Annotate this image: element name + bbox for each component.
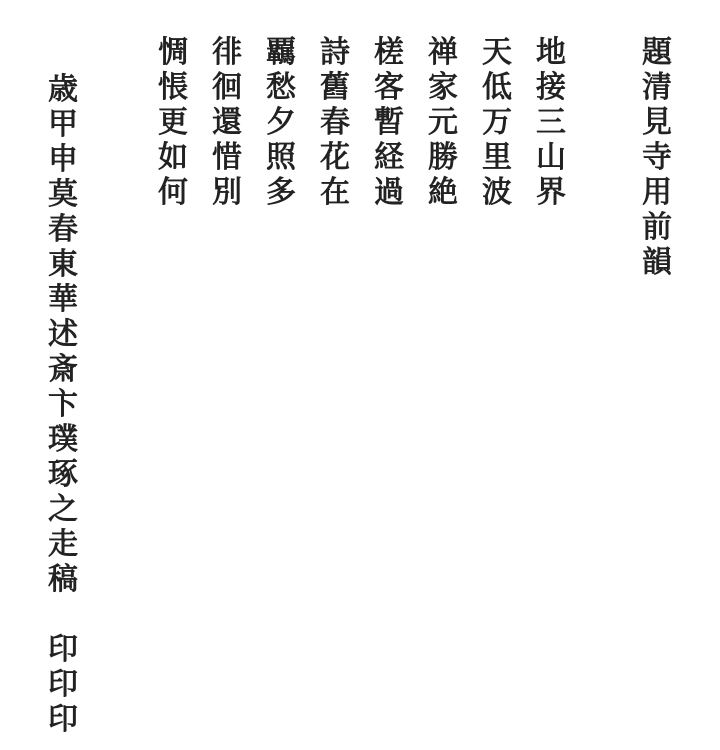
signature-text: 歳甲申莫春東華述斎卞璞琢之走稿 xyxy=(46,72,80,597)
character: 春 xyxy=(46,212,80,247)
character: 詩 xyxy=(318,35,352,70)
character: 印 xyxy=(46,667,80,702)
character: 禅 xyxy=(426,35,460,70)
character: 更 xyxy=(156,105,190,140)
character: 客 xyxy=(372,70,406,105)
character: 惜 xyxy=(210,140,244,175)
character: 三 xyxy=(534,105,568,140)
character: 惆 xyxy=(156,35,190,70)
character: 述 xyxy=(46,317,80,352)
character: 印 xyxy=(46,632,80,667)
character: 地 xyxy=(534,35,568,70)
character: 覊 xyxy=(264,35,298,70)
character: 何 xyxy=(156,175,190,210)
character: 元 xyxy=(426,105,460,140)
signature-column: 歳甲申莫春東華述斎卞璞琢之走稿 印印印 xyxy=(46,72,80,737)
character: 徊 xyxy=(210,70,244,105)
character: 悵 xyxy=(156,70,190,105)
character: 別 xyxy=(210,175,244,210)
poem-line-5: 詩舊春花在 xyxy=(318,35,352,210)
character: 里 xyxy=(480,140,514,175)
title-column: 題清見寺用前韻 xyxy=(640,35,674,280)
character: 花 xyxy=(318,140,352,175)
poem-line-4: 槎客暫経過 xyxy=(372,35,406,210)
character: 天 xyxy=(480,35,514,70)
character: 清 xyxy=(640,70,674,105)
character: 波 xyxy=(480,175,514,210)
poem-line-1: 地接三山界 xyxy=(534,35,568,210)
character: 申 xyxy=(46,142,80,177)
character: 歳 xyxy=(46,72,80,107)
character: 如 xyxy=(156,140,190,175)
character: 見 xyxy=(640,105,674,140)
poem-line-3: 禅家元勝絶 xyxy=(426,35,460,210)
character: 春 xyxy=(318,105,352,140)
character: 寺 xyxy=(640,140,674,175)
seal-marks: 印印印 xyxy=(46,632,80,737)
character: 華 xyxy=(46,282,80,317)
character: 莫 xyxy=(46,177,80,212)
character: 前 xyxy=(640,210,674,245)
character: 照 xyxy=(264,140,298,175)
poem-line-7: 徘徊還惜別 xyxy=(210,35,244,210)
character: 印 xyxy=(46,702,80,737)
character: 勝 xyxy=(426,140,460,175)
character: 題 xyxy=(640,35,674,70)
character: 稿 xyxy=(46,562,80,597)
character: 還 xyxy=(210,105,244,140)
character: 走 xyxy=(46,527,80,562)
character: 舊 xyxy=(318,70,352,105)
character: 過 xyxy=(372,175,406,210)
character: 暫 xyxy=(372,105,406,140)
poem-line-8: 惆悵更如何 xyxy=(156,35,190,210)
character: 万 xyxy=(480,105,514,140)
character: 夕 xyxy=(264,105,298,140)
character: 接 xyxy=(534,70,568,105)
character: 琢 xyxy=(46,457,80,492)
character: 徘 xyxy=(210,35,244,70)
character: 絶 xyxy=(426,175,460,210)
character: 東 xyxy=(46,247,80,282)
poem-line-2: 天低万里波 xyxy=(480,35,514,210)
character: 甲 xyxy=(46,107,80,142)
character: 界 xyxy=(534,175,568,210)
character: 用 xyxy=(640,175,674,210)
character: 璞 xyxy=(46,422,80,457)
character: 韻 xyxy=(640,245,674,280)
character: 山 xyxy=(534,140,568,175)
character: 槎 xyxy=(372,35,406,70)
character: 在 xyxy=(318,175,352,210)
character: 経 xyxy=(372,140,406,175)
character: 低 xyxy=(480,70,514,105)
character: 愁 xyxy=(264,70,298,105)
character: 卞 xyxy=(46,387,80,422)
character: 家 xyxy=(426,70,460,105)
character: 之 xyxy=(46,492,80,527)
character: 多 xyxy=(264,175,298,210)
character: 斎 xyxy=(46,352,80,387)
poem-line-6: 覊愁夕照多 xyxy=(264,35,298,210)
